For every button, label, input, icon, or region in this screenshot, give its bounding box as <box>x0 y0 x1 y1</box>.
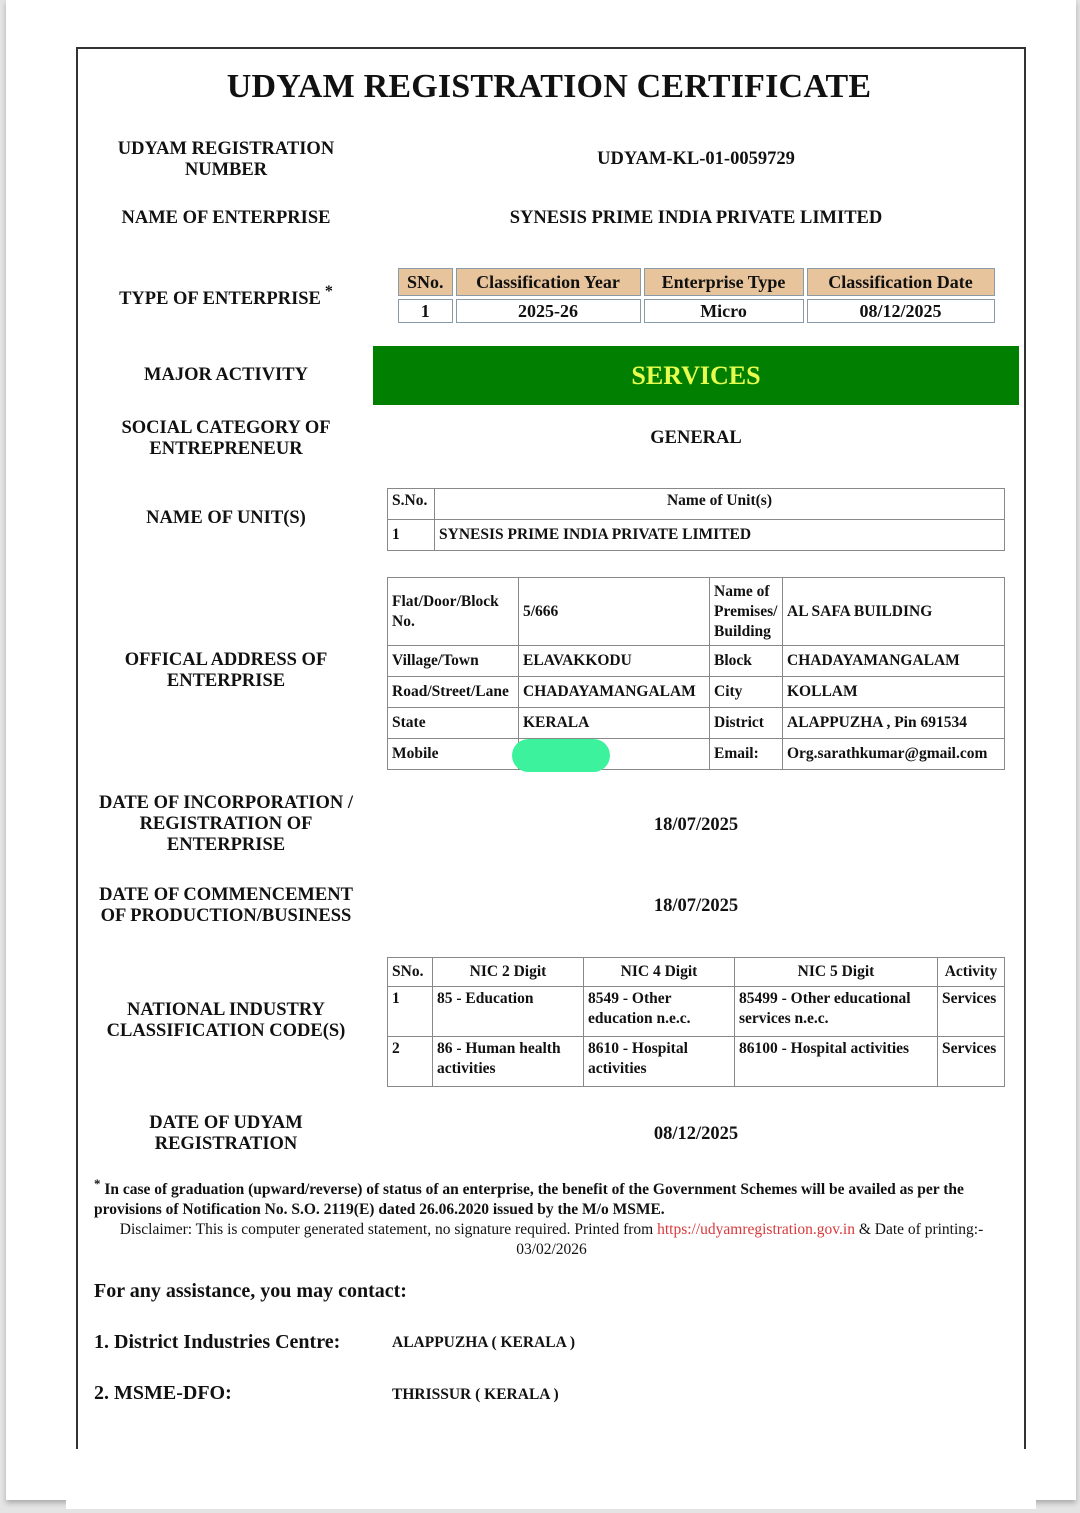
cell-activity: Services <box>938 987 1005 1037</box>
major-activity-label: MAJOR ACTIVITY <box>88 365 364 386</box>
cell-nic2: 85 - Education <box>433 987 584 1037</box>
block-label: Block <box>710 646 783 677</box>
cell-nic2: 86 - Human health activities <box>433 1037 584 1087</box>
udyam-date-label: DATE OF UDYAM REGISTRATION <box>88 1113 364 1155</box>
table-row: State KERALA District ALAPPUZHA , Pin 69… <box>388 708 1005 739</box>
city-label: City <box>710 677 783 708</box>
udyam-portal-link[interactable]: https://udyamregistration.gov.in <box>657 1221 855 1238</box>
flat-label: Flat/Door/Block No. <box>388 578 519 646</box>
state-value: KERALA <box>519 708 710 739</box>
udyam-date-value: 08/12/2025 <box>386 1124 1006 1145</box>
cell-sno: 2 <box>388 1037 433 1087</box>
graduation-footnote: * In case of graduation (upward/reverse)… <box>94 1174 1009 1220</box>
commencement-date: 18/07/2025 <box>386 896 1006 917</box>
premises-value: AL SAFA BUILDING <box>783 578 1005 646</box>
email-label: Email: <box>710 739 783 770</box>
units-label: NAME OF UNIT(S) <box>88 508 364 529</box>
table-row: Village/Town ELAVAKKODU Block CHADAYAMAN… <box>388 646 1005 677</box>
print-date: 03/02/2026 <box>516 1241 587 1258</box>
enterprise-name-label: NAME OF ENTERPRISE <box>88 208 364 229</box>
cell-sno: 1 <box>388 987 433 1037</box>
dfo-value: THRISSUR ( KERALA ) <box>392 1386 559 1404</box>
dic-value: ALAPPUZHA ( KERALA ) <box>392 1334 575 1352</box>
header-classification-date: Classification Date <box>807 268 995 296</box>
cell-nic5: 85499 - Other educational services n.e.c… <box>735 987 938 1037</box>
table-row: Mobile Email: Org.sarathkumar@gmail.com <box>388 739 1005 770</box>
header-classification-year: Classification Year <box>456 268 641 296</box>
cell-nic4: 8549 - Other education n.e.c. <box>584 987 735 1037</box>
cell-unit-name: SYNESIS PRIME INDIA PRIVATE LIMITED <box>435 520 1005 551</box>
mobile-redaction-mark <box>512 739 610 772</box>
disclaimer: Disclaimer: This is computer generated s… <box>94 1220 1009 1260</box>
address-table: Flat/Door/Block No. 5/666 Name of Premis… <box>387 577 1005 770</box>
block-value: CHADAYAMANGALAM <box>783 646 1005 677</box>
enterprise-name-value: SYNESIS PRIME INDIA PRIVATE LIMITED <box>386 208 1006 229</box>
reg-number-value: UDYAM-KL-01-0059729 <box>386 149 1006 170</box>
city-value: KOLLAM <box>783 677 1005 708</box>
table-row: 1 85 - Education 8549 - Other education … <box>388 987 1005 1037</box>
header-sno: SNo. <box>398 268 453 296</box>
enterprise-type-label-text: TYPE OF ENTERPRISE <box>119 289 321 309</box>
header-sno: S.No. <box>388 489 435 520</box>
header-activity: Activity <box>938 958 1005 987</box>
header-nic5: NIC 5 Digit <box>735 958 938 987</box>
commencement-label: DATE OF COMMENCEMENT OF PRODUCTION/BUSIN… <box>88 885 364 927</box>
village-value: ELAVAKKODU <box>519 646 710 677</box>
asterisk-mark: * <box>325 283 333 300</box>
cell-sno: 1 <box>398 299 453 323</box>
nic-table: SNo. NIC 2 Digit NIC 4 Digit NIC 5 Digit… <box>387 957 1005 1087</box>
table-row: Road/Street/Lane CHADAYAMANGALAM City KO… <box>388 677 1005 708</box>
incorporation-date: 18/07/2025 <box>386 815 1006 836</box>
cell-activity: Services <box>938 1037 1005 1087</box>
flat-value: 5/666 <box>519 578 710 646</box>
certificate-page: UDYAM REGISTRATION CERTIFICATE UDYAM REG… <box>6 0 1076 1500</box>
header-enterprise-type: Enterprise Type <box>644 268 804 296</box>
cell-type: Micro <box>644 299 804 323</box>
cell-year: 2025-26 <box>456 299 641 323</box>
table-row: 1 2025-26 Micro 08/12/2025 <box>398 299 995 323</box>
premises-label: Name of Premises/ Building <box>710 578 783 646</box>
state-label: State <box>388 708 519 739</box>
address-label: OFFICAL ADDRESS OF ENTERPRISE <box>88 650 364 692</box>
village-label: Village/Town <box>388 646 519 677</box>
road-label: Road/Street/Lane <box>388 677 519 708</box>
header-nic2: NIC 2 Digit <box>433 958 584 987</box>
reg-number-label: UDYAM REGISTRATION NUMBER <box>88 139 364 181</box>
district-label: District <box>710 708 783 739</box>
certificate-title: UDYAM REGISTRATION CERTIFICATE <box>76 68 1022 106</box>
social-category-label: SOCIAL CATEGORY OF ENTREPRENEUR <box>88 418 364 460</box>
road-value: CHADAYAMANGALAM <box>519 677 710 708</box>
cell-date: 08/12/2025 <box>807 299 995 323</box>
incorporation-label: DATE OF INCORPORATION / REGISTRATION OF … <box>88 793 364 856</box>
cell-nic4: 8610 - Hospital activities <box>584 1037 735 1087</box>
major-activity-banner: SERVICES <box>373 346 1019 405</box>
disclaimer-suffix: & Date of printing:- <box>855 1221 983 1238</box>
header-sno: SNo. <box>388 958 433 987</box>
table-row: Flat/Door/Block No. 5/666 Name of Premis… <box>388 578 1005 646</box>
header-unit-name: Name of Unit(s) <box>435 489 1005 520</box>
cell-sno: 1 <box>388 520 435 551</box>
enterprise-type-label: TYPE OF ENTERPRISE* <box>88 289 364 310</box>
table-row: 1 SYNESIS PRIME INDIA PRIVATE LIMITED <box>388 520 1005 551</box>
social-category-value: GENERAL <box>386 428 1006 449</box>
assistance-heading: For any assistance, you may contact: <box>94 1280 407 1303</box>
district-value: ALAPPUZHA , Pin 691534 <box>783 708 1005 739</box>
cell-nic5: 86100 - Hospital activities <box>735 1037 938 1087</box>
footnote-mark: * <box>94 1176 100 1191</box>
units-table: S.No. Name of Unit(s) 1 SYNESIS PRIME IN… <box>387 488 1005 551</box>
email-value: Org.sarathkumar@gmail.com <box>783 739 1005 770</box>
dic-label: 1. District Industries Centre: <box>94 1331 340 1354</box>
mobile-label: Mobile <box>388 739 519 770</box>
disclaimer-prefix: Disclaimer: This is computer generated s… <box>120 1221 657 1238</box>
dfo-label: 2. MSME-DFO: <box>94 1382 232 1405</box>
header-nic4: NIC 4 Digit <box>584 958 735 987</box>
table-row: 2 86 - Human health activities 8610 - Ho… <box>388 1037 1005 1087</box>
nic-label: NATIONAL INDUSTRY CLASSIFICATION CODE(S) <box>88 1000 364 1042</box>
footnote-text: In case of graduation (upward/reverse) o… <box>94 1181 964 1218</box>
classification-table: SNo. Classification Year Enterprise Type… <box>395 265 998 326</box>
